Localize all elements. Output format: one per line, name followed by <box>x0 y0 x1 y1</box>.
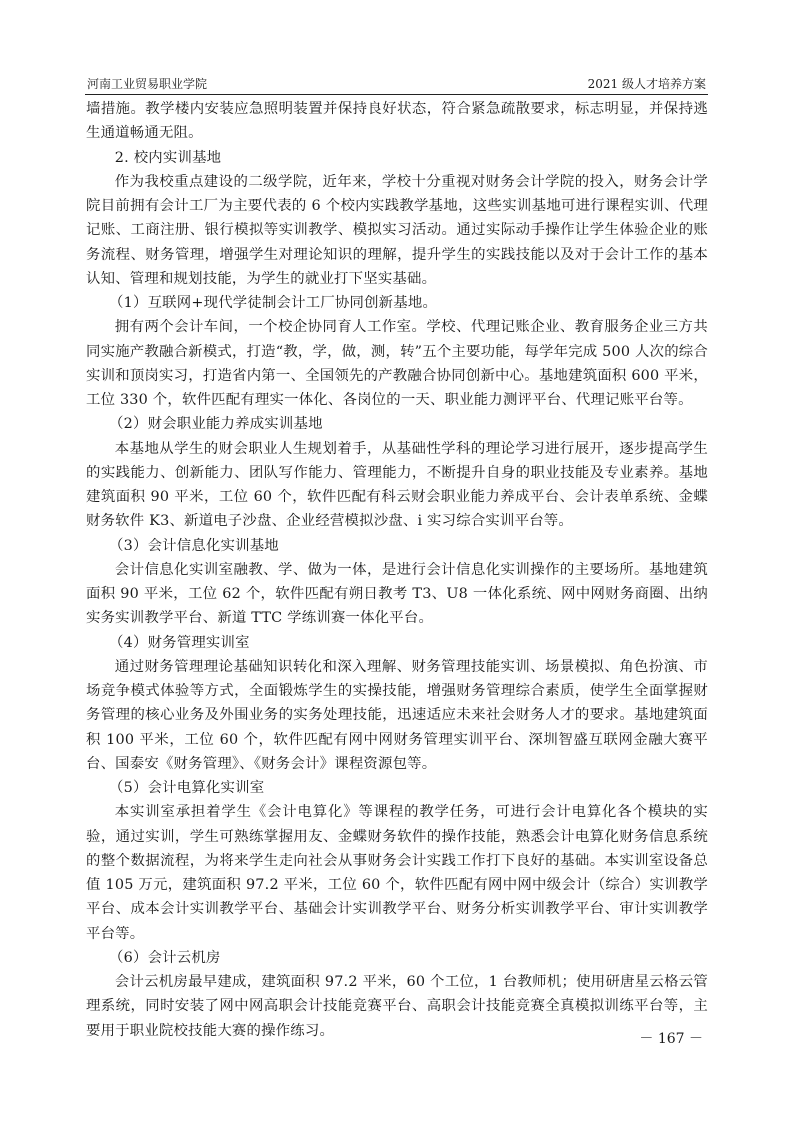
subsection-heading: （2）财会职业能力养成实训基地 <box>86 412 708 436</box>
subsection-heading: （4）财务管理实训室 <box>86 631 708 655</box>
header-institution: 河南工业贸易职业学院 <box>87 76 207 92</box>
page-number: － 167 － <box>639 1028 703 1048</box>
paragraph: 会计信息化实训室融教、学、做为一体，是进行会计信息化实训操作的主要场所。基地建筑… <box>86 558 708 631</box>
section-heading: 2. 校内实训基地 <box>86 146 708 170</box>
paragraph: 拥有两个会计车间，一个校企协同育人工作室。学校、代理记账企业、教育服务企业三方共… <box>86 315 708 412</box>
subsection-heading: （1）互联网+现代学徒制会计工厂协同创新基地。 <box>86 291 708 315</box>
page-header: 河南工业贸易职业学院 2021 级人才培养方案 <box>85 76 708 95</box>
document-body: 墙措施。教学楼内安装应急照明装置并保持良好状态，符合紧急疏散要求，标志明显，并保… <box>86 97 708 1043</box>
paragraph: 通过财务管理理论基础知识转化和深入理解、财务管理技能实训、场景模拟、角色扮演、市… <box>86 655 708 776</box>
paragraph: 作为我校重点建设的二级学院，近年来，学校十分重视对财务会计学院的投入，财务会计学… <box>86 170 708 291</box>
paragraph: 本实训室承担着学生《会计电算化》等课程的教学任务，可进行会计电算化各个模块的实验… <box>86 800 708 946</box>
paragraph: 会计云机房最早建成，建筑面积 97.2 平米，60 个工位，1 台教师机；使用研… <box>86 970 708 1043</box>
header-document-title: 2021 级人才培养方案 <box>588 76 706 92</box>
paragraph: 本基地从学生的财会职业人生规划着手，从基础性学科的理论学习进行展开，逐步提高学生… <box>86 437 708 534</box>
subsection-heading: （5）会计电算化实训室 <box>86 776 708 800</box>
paragraph-continuation: 墙措施。教学楼内安装应急照明装置并保持良好状态，符合紧急疏散要求，标志明显，并保… <box>86 97 708 146</box>
subsection-heading: （3）会计信息化实训基地 <box>86 534 708 558</box>
subsection-heading: （6）会计云机房 <box>86 946 708 970</box>
